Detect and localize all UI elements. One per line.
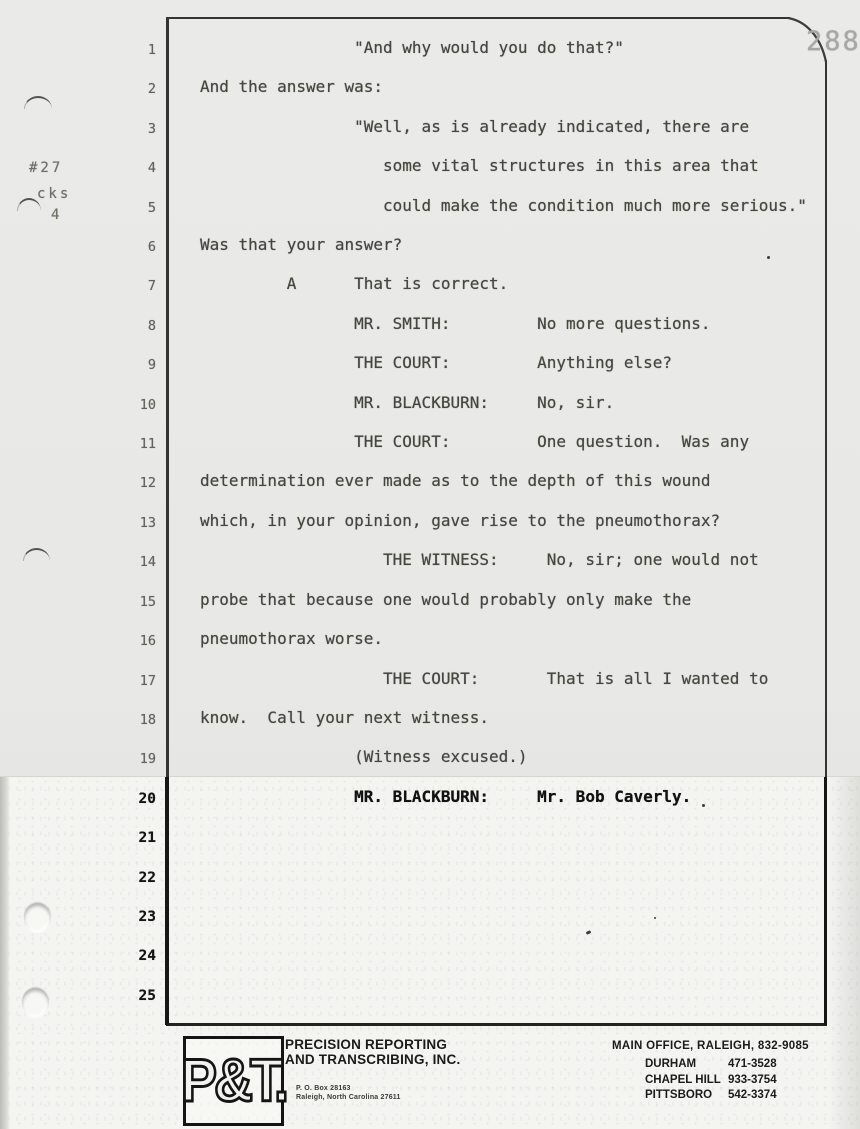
pen-mark-arc	[23, 548, 50, 561]
transcript-line	[200, 905, 840, 944]
transcript-line: THE COURT: One question. Was any	[200, 432, 840, 471]
transcript-line: "Well, as is already indicated, there ar…	[200, 117, 840, 156]
line-number: 18	[126, 710, 156, 749]
transcript-text-block: "And why would you do that?"And the answ…	[200, 38, 840, 1023]
page-border-top	[166, 17, 790, 19]
page-border-bottom	[166, 1023, 827, 1026]
line-number: 13	[126, 513, 156, 552]
transcript-line: A That is correct.	[200, 274, 840, 313]
line-number: 8	[126, 316, 156, 355]
scanned-transcript-page: 288 #27 cks 4 12345678910111213141516171…	[0, 0, 860, 1129]
branch-phone: 542-3374	[728, 1088, 777, 1104]
line-number: 19	[126, 749, 156, 788]
company-name-line2: AND TRANSCRIBING, INC.	[285, 1052, 460, 1067]
line-number: 24	[126, 946, 156, 985]
transcript-line: some vital structures in this area that	[200, 156, 840, 195]
line-number: 4	[126, 158, 156, 197]
line-number: 1	[126, 40, 156, 79]
line-number-column: 1234567891011121314151617181920212223242…	[126, 40, 156, 1025]
transcript-line: determination ever made as to the depth …	[200, 471, 840, 510]
line-number: 11	[126, 434, 156, 473]
transcript-line	[200, 866, 840, 905]
branch-city: DURHAM	[645, 1057, 728, 1073]
company-name: PRECISION REPORTING AND TRANSCRIBING, IN…	[285, 1037, 460, 1067]
transcript-line: MR. BLACKBURN: No, sir.	[200, 393, 840, 432]
line-number: 22	[126, 868, 156, 907]
transcript-line: "And why would you do that?"	[200, 38, 840, 77]
branch-city: CHAPEL HILL	[645, 1073, 728, 1089]
line-number: 6	[126, 237, 156, 276]
line-number: 10	[126, 395, 156, 434]
transcript-line	[200, 984, 840, 1023]
hole-punch	[24, 903, 51, 932]
transcript-line: THE WITNESS: No, sir; one would not	[200, 550, 840, 589]
branch-phone-row: PITTSBORO542-3374	[645, 1088, 777, 1104]
line-number: 9	[126, 355, 156, 394]
line-number: 16	[126, 631, 156, 670]
transcript-line: And the answer was:	[200, 77, 840, 116]
line-number: 21	[126, 828, 156, 867]
company-logo-box: P&T.	[183, 1036, 284, 1126]
company-address-line1: P. O. Box 28163	[296, 1084, 401, 1093]
scan-artifact-dot	[702, 804, 705, 807]
transcript-line: which, in your opinion, gave rise to the…	[200, 511, 840, 550]
hole-punch	[22, 988, 49, 1017]
scan-left-edge-shadow	[0, 777, 10, 1129]
branch-phone-row: DURHAM471-3528	[645, 1057, 777, 1073]
branch-phone: 933-3754	[728, 1073, 777, 1089]
transcript-line: MR. BLACKBURN: Mr. Bob Caverly.	[200, 787, 840, 826]
transcript-line: THE COURT: That is all I wanted to	[200, 669, 840, 708]
main-office-phone: MAIN OFFICE, RALEIGH, 832-9085	[612, 1040, 809, 1052]
transcript-line: Was that your answer?	[200, 235, 840, 274]
line-number: 5	[126, 198, 156, 237]
transcript-line: THE COURT: Anything else?	[200, 353, 840, 392]
margin-note-exhibit: #27	[29, 160, 63, 176]
branch-phone: 471-3528	[728, 1057, 777, 1073]
line-number: 7	[126, 276, 156, 315]
scan-artifact-dot	[767, 256, 770, 259]
page-border-left-bold-segment	[165, 777, 169, 1025]
line-number: 2	[126, 79, 156, 118]
line-number: 23	[126, 907, 156, 946]
company-name-line1: PRECISION REPORTING	[285, 1037, 460, 1052]
transcript-line: MR. SMITH: No more questions.	[200, 314, 840, 353]
pen-mark-arc	[24, 96, 52, 109]
line-number: 20	[126, 789, 156, 828]
margin-note-initials: cks	[37, 186, 71, 202]
company-address: P. O. Box 28163 Raleigh, North Carolina …	[296, 1084, 401, 1102]
branch-phone-list: DURHAM471-3528CHAPEL HILL933-3754PITTSBO…	[645, 1057, 777, 1104]
branch-city: PITTSBORO	[645, 1088, 728, 1104]
transcript-line: could make the condition much more serio…	[200, 196, 840, 235]
transcript-line: know. Call your next witness.	[200, 708, 840, 747]
line-number: 14	[126, 552, 156, 591]
line-number: 15	[126, 592, 156, 631]
line-number: 12	[126, 473, 156, 512]
scan-artifact-dot	[654, 917, 656, 919]
company-logo: P&T.	[181, 1046, 286, 1115]
line-number: 3	[126, 119, 156, 158]
transcript-line: probe that because one would probably on…	[200, 590, 840, 629]
margin-note-number: 4	[51, 207, 62, 223]
branch-phone-row: CHAPEL HILL933-3754	[645, 1073, 777, 1089]
transcript-line: pneumothorax worse.	[200, 629, 840, 668]
transcript-line	[200, 826, 840, 865]
line-number: 17	[126, 671, 156, 710]
transcript-line: (Witness excused.)	[200, 747, 840, 786]
line-number: 25	[126, 986, 156, 1025]
company-address-line2: Raleigh, North Carolina 27611	[296, 1093, 401, 1102]
transcript-line	[200, 944, 840, 983]
